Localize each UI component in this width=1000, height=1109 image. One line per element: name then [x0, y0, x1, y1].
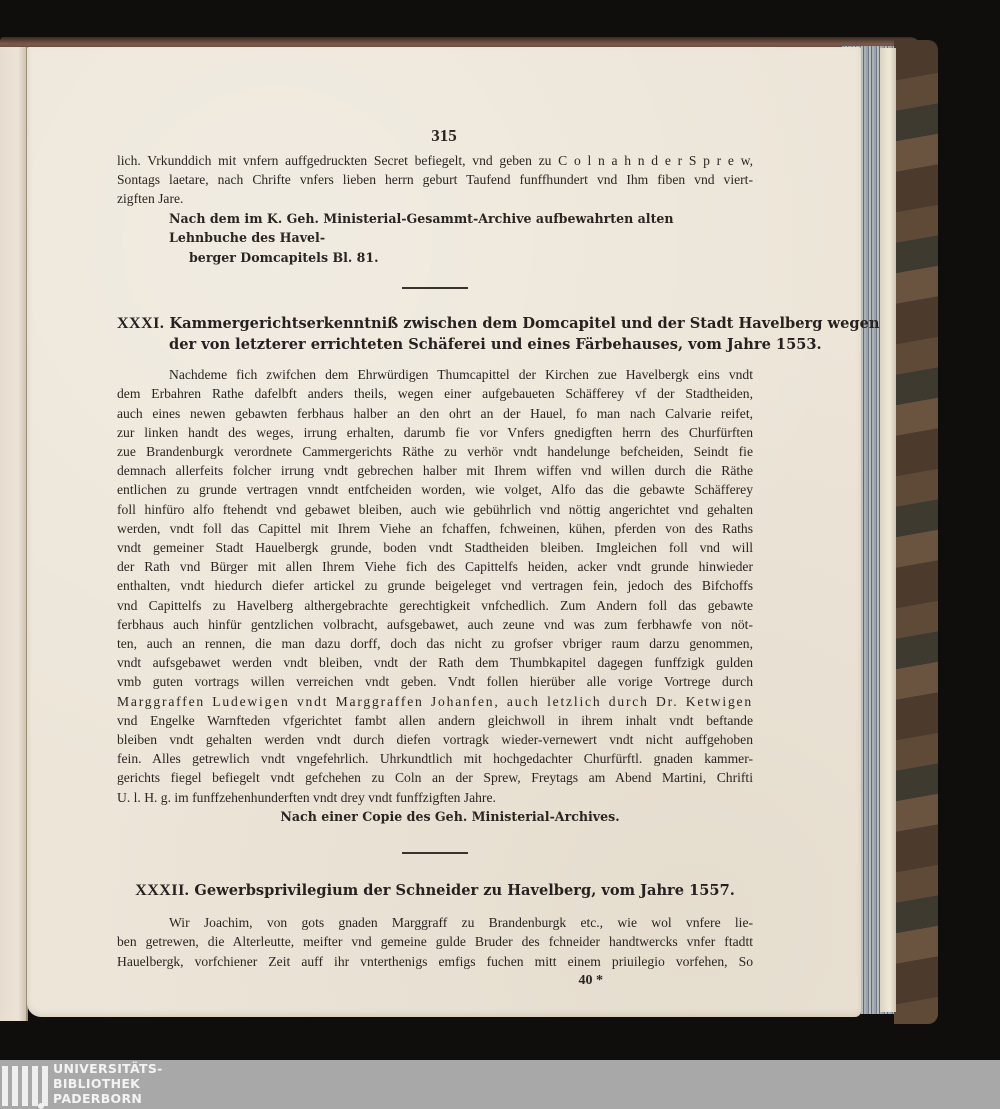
book-cover-right-edge: [894, 40, 938, 1024]
text-line: der Rath vnd Bürger mit allen Ihrem Vieh…: [117, 557, 753, 576]
text-line: lich. Vrkunddich mit vnfern auffgedruckt…: [117, 151, 753, 170]
heading-line: XXXI. Kammergerichtserkenntniß zwischen …: [117, 313, 753, 334]
continuation-paragraph: lich. Vrkunddich mit vnfern auffgedruckt…: [117, 151, 753, 209]
text-line: vmb guten vortrags willen verreichen vnd…: [117, 672, 753, 691]
text-line: ten, auch an rennen, die man dazu dorff,…: [117, 634, 753, 653]
text-line: vnd Engelke Warnfteden vfgerichtet fambt…: [117, 711, 753, 730]
text-line: vndt gemeiner Stadt Hauelbergk grunde, b…: [117, 538, 753, 557]
text-line: bleiben vndt gehalten werden vndt durch …: [117, 730, 753, 749]
section-title: Gewerbsprivilegium der Schneider zu Have…: [194, 882, 734, 899]
text-line: vndt aufsgebawet werden vndt bleiben, vn…: [117, 653, 753, 672]
text-line: foll hinfüro alfo ftehendt vnd gebawet b…: [117, 500, 753, 519]
text-line: zue Brandenburgk verordnete Cammergerich…: [117, 442, 753, 461]
section-number: XXXI.: [117, 315, 164, 332]
page-content: 315 lich. Vrkunddich mit vnfern auffgedr…: [117, 121, 753, 991]
section-title: Kammergerichtserkenntniß zwischen dem Do…: [169, 315, 879, 332]
library-name: UNIVERSITÄTS- BIBLIOTHEK PADERBORN: [53, 1061, 163, 1106]
text-line: vnd Capittelfs zu Havelberg althergebrac…: [117, 596, 753, 615]
text-line: Hauelbergk, vorfchiener Zeit auff ihr vn…: [117, 952, 753, 971]
text-line: zigften Jare.: [117, 189, 753, 208]
library-name-line: UNIVERSITÄTS-: [53, 1061, 163, 1076]
book-scan: 315 lich. Vrkunddich mit vnfern auffgedr…: [0, 0, 1000, 1060]
library-name-line: PADERBORN: [53, 1091, 163, 1106]
section-31-body: Nachdeme fich zwifchen dem Ehrwürdigen T…: [117, 365, 753, 807]
text-line: Sontags laetare, nach Chrifte vnfers lie…: [117, 170, 753, 189]
section-32-heading: XXXII. Gewerbsprivilegium der Schneider …: [117, 880, 753, 901]
text-line: Marggraffen Ludewigen vndt Marggraffen J…: [117, 692, 753, 711]
text-line: Wir Joachim, von gots gnaden Marggraff z…: [117, 913, 753, 932]
text-line: ferbhaus auch hinfür gentzlichen volbrac…: [117, 615, 753, 634]
section-32-body: Wir Joachim, von gots gnaden Marggraff z…: [117, 913, 753, 971]
library-banner: UNIVERSITÄTS- BIBLIOTHEK PADERBORN: [0, 1060, 1000, 1109]
page-number: 315: [135, 121, 753, 151]
text-line: zur linken handt des weges, irrung erhal…: [117, 423, 753, 442]
page-edge-highlight: [880, 48, 896, 1012]
text-line: fein. Alles getrewlich vndt vngefehrlich…: [117, 749, 753, 768]
section-31-heading: XXXI. Kammergerichtserkenntniß zwischen …: [117, 313, 753, 355]
source-note: Nach dem im K. Geh. Ministerial-Gesammt-…: [117, 209, 753, 248]
logo-dot: [38, 1103, 44, 1109]
text-line: gerichts fiegel befiegelt vndt gefchehen…: [117, 768, 753, 787]
library-name-line: BIBLIOTHEK: [53, 1076, 163, 1091]
text-line: Nachdeme fich zwifchen dem Ehrwürdigen T…: [117, 365, 753, 384]
text-line: werden, vndt foll das Capittel mit Ihrem…: [117, 519, 753, 538]
left-page-sliver: [0, 47, 28, 1021]
source-note: Nach einer Copie des Geh. Ministerial-Ar…: [117, 807, 753, 827]
source-note: berger Domcapitels Bl. 81.: [117, 248, 753, 268]
text-line: demnach allerfeits folcher irrung vndt g…: [117, 461, 753, 480]
text-line: ben getrewen, die Alterleutte, meifter v…: [117, 932, 753, 951]
text-line: auch eines newen gebawten ferbhaus halbe…: [117, 404, 753, 423]
text-line: U. l. H. g. im funffzehenhunderften vndt…: [117, 788, 753, 807]
heading-line: der von letzterer errichteten Schäferei …: [117, 334, 753, 355]
text-line: dem Erbahren Rathe dafelbft anders theil…: [117, 384, 753, 403]
section-number: XXXII.: [135, 882, 189, 899]
text-line: entlichen zu grunde vertragen vnndt entf…: [117, 480, 753, 499]
book-page: 315 lich. Vrkunddich mit vnfern auffgedr…: [27, 47, 861, 1017]
text-line: enthalten, vndt hiedurch diefer artickel…: [117, 576, 753, 595]
signature-mark: 40 *: [117, 971, 753, 991]
library-logo-icon: [2, 1066, 48, 1106]
